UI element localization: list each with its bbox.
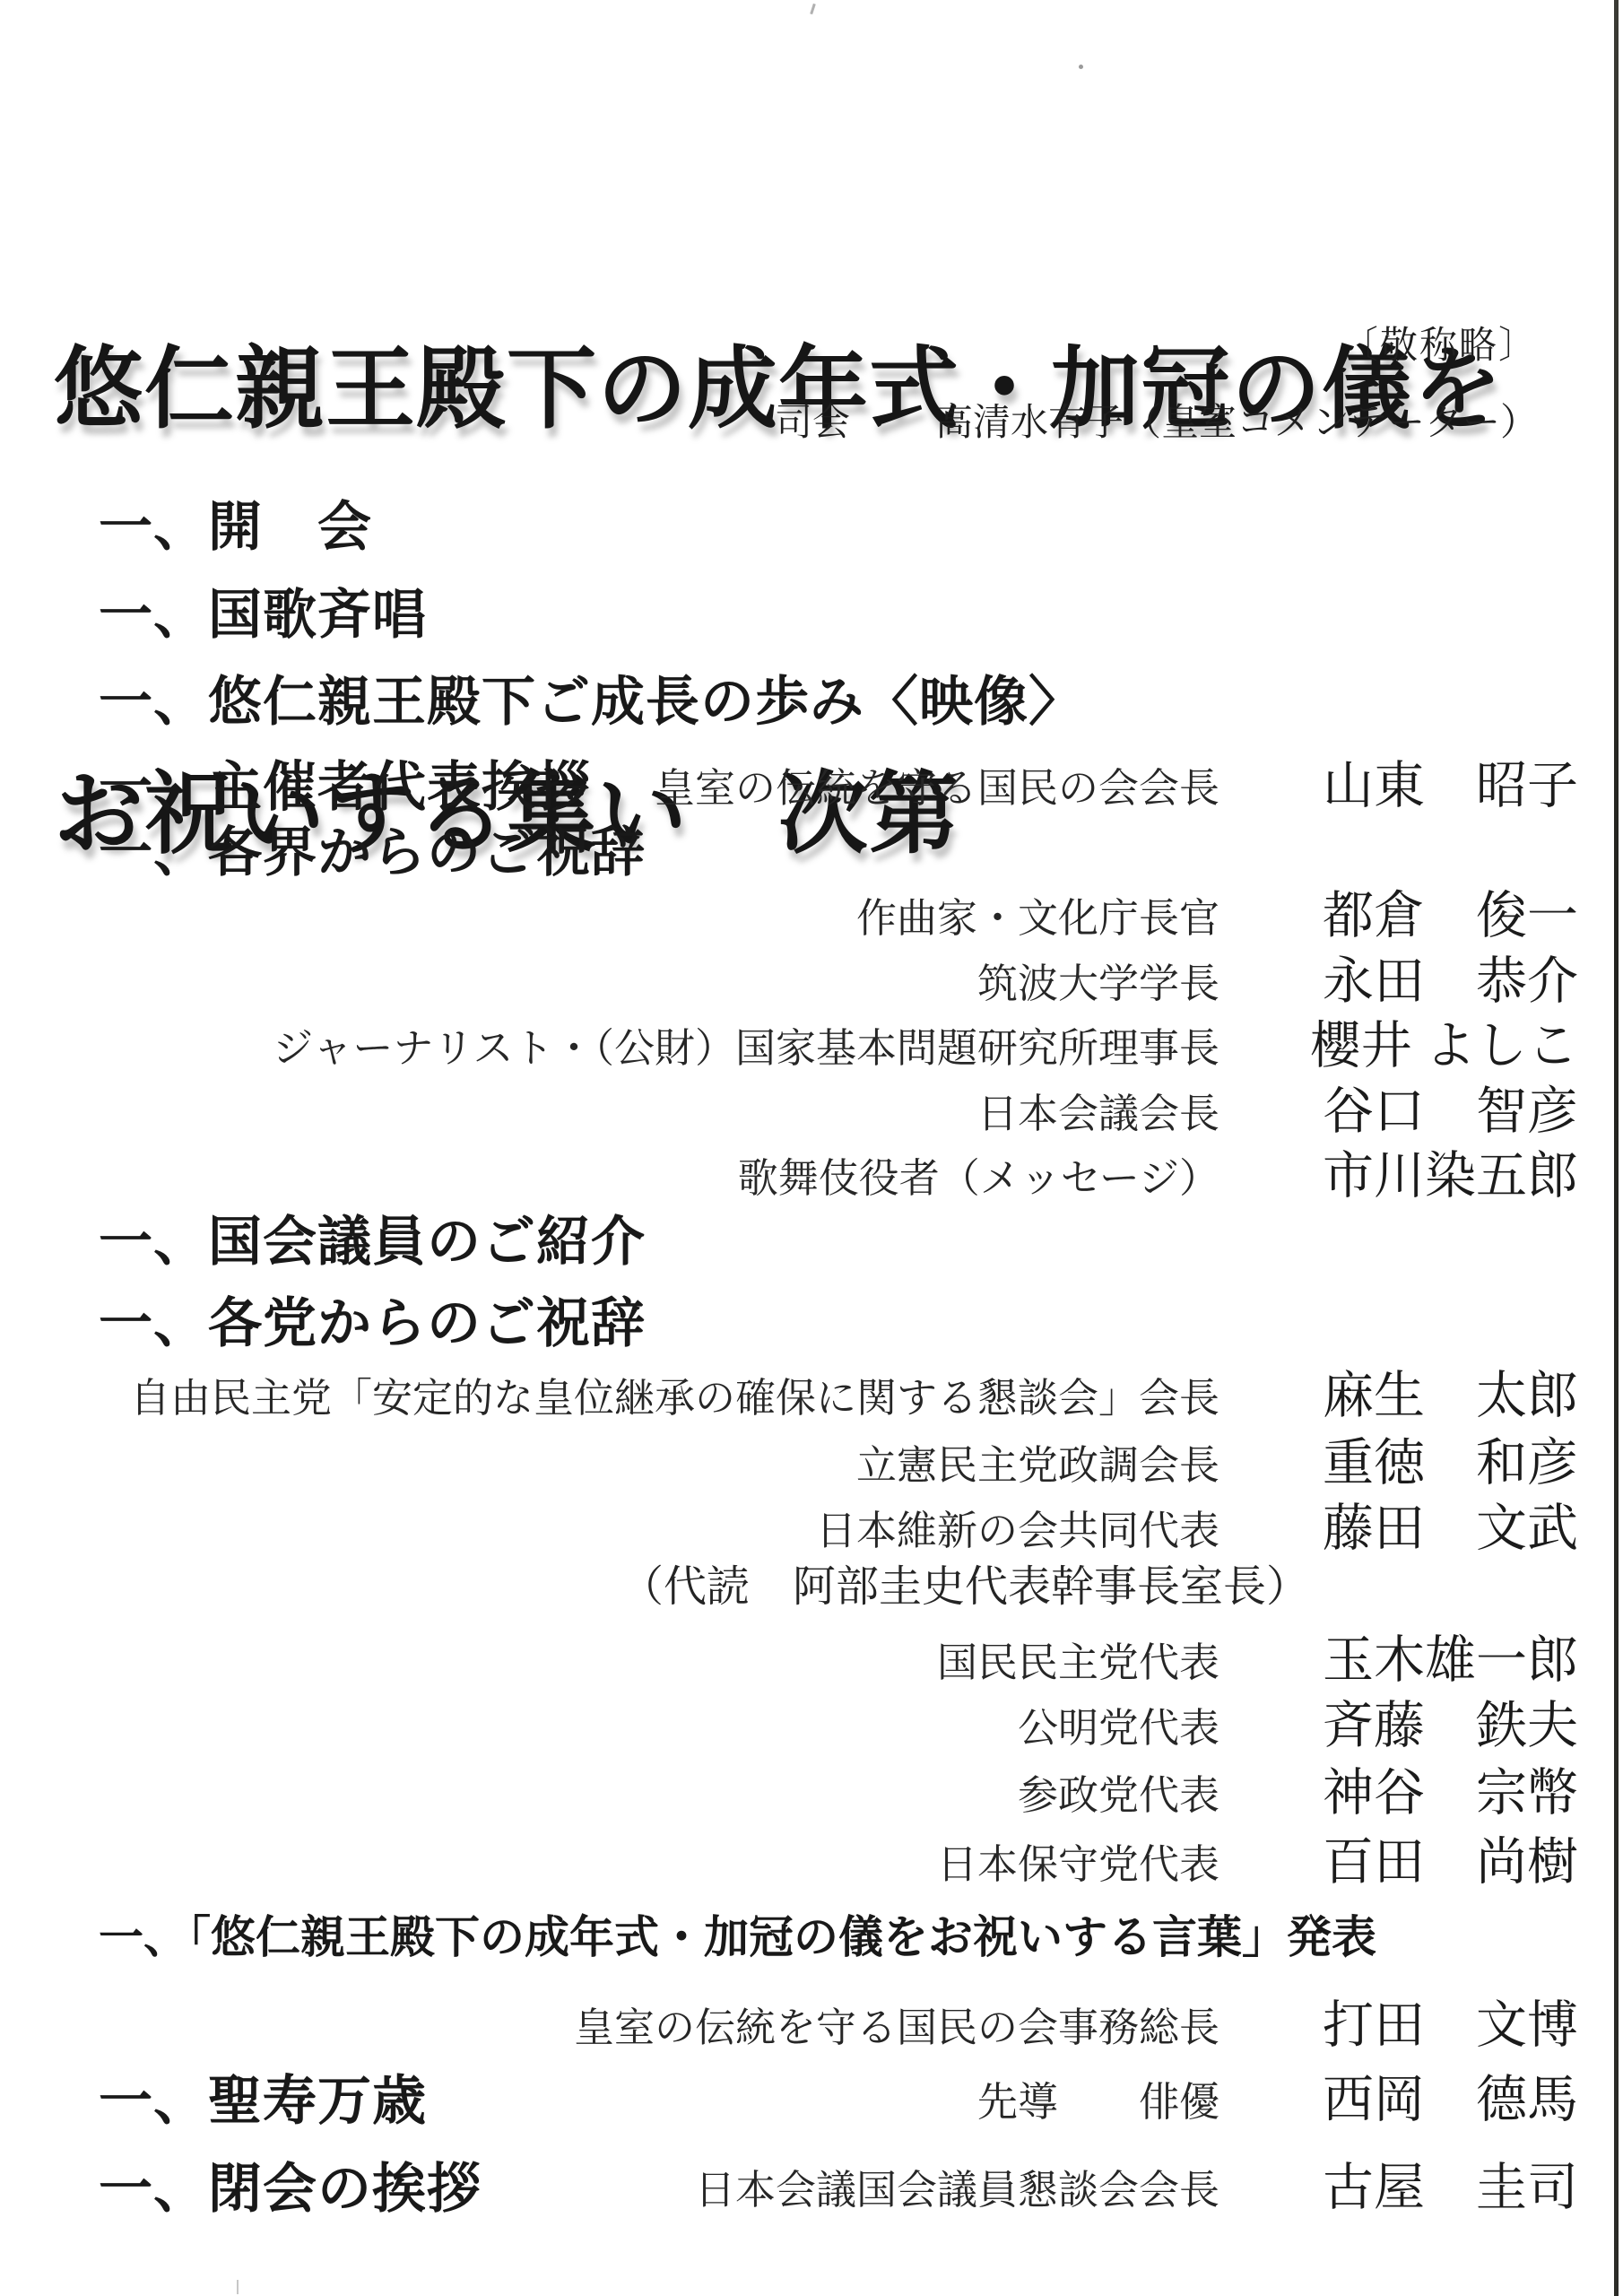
agenda-person-name: 藤田 文武 xyxy=(1193,1487,1578,1561)
agenda-role-label: 筑波大学学長 xyxy=(977,951,1219,1009)
mc-line: 司会 高清水有子（皇室コメンテーター） xyxy=(775,393,1538,447)
agenda-role-label: 立憲民主党政調会長 xyxy=(856,1432,1219,1491)
agenda-row: 国民民主党代表 玉木雄一郎 xyxy=(0,1619,1623,1691)
agenda-row: 日本維新の会共同代表 藤田 文武 xyxy=(0,1487,1623,1559)
agenda-role-label: 自由民主党「安定的な皇位継承の確保に関する懇談会」会長 xyxy=(130,1365,1219,1423)
agenda-row: 一、開 会 xyxy=(0,484,1623,556)
agenda-row: 一、国会議員のご紹介 xyxy=(0,1199,1623,1271)
scan-speck xyxy=(237,2280,239,2294)
agenda-person-name: 神谷 宗幣 xyxy=(1193,1752,1578,1825)
agenda-role-label: 日本会議会長 xyxy=(977,1081,1219,1139)
agenda-row: 一、「悠仁親王殿下の成年式・加冠の儀をお祝いする言葉」発表 xyxy=(0,1901,1623,1973)
agenda-row: 日本会議会長 谷口 智彦 xyxy=(0,1070,1623,1142)
agenda-person-name: 麻生 太郎 xyxy=(1193,1354,1578,1428)
agenda-row: 日本保守党代表 百田 尚樹 xyxy=(0,1821,1623,1892)
agenda-item-label: 一、聖寿万歳 xyxy=(99,2058,427,2135)
agenda-item-label: 一、各党からのご祝辞 xyxy=(99,1281,646,1358)
agenda-person-name: 山東 昭子 xyxy=(1193,744,1578,818)
agenda-row: 立憲民主党政調会長 重徳 和彦 xyxy=(0,1422,1623,1493)
agenda-item-label: 一、閉会の挨拶 xyxy=(99,2146,482,2223)
agenda-role-label: 日本維新の会共同代表 xyxy=(816,1498,1219,1556)
agenda-role-label: 日本会議国会議員懇談会会長 xyxy=(695,2157,1219,2215)
agenda-row: 一、悠仁親王殿下ご成長の歩み〈映像〉 xyxy=(0,659,1623,731)
agenda-person-name: 永田 恭介 xyxy=(1193,940,1578,1013)
agenda-item-label: 一、悠仁親王殿下ご成長の歩み〈映像〉 xyxy=(99,659,1083,736)
agenda-row: 一、聖寿万歳 先導 俳優 西岡 德馬 xyxy=(0,2058,1623,2130)
agenda-person-name: 櫻井 よしこ xyxy=(1193,1004,1578,1078)
agenda-role-label: 国民民主党代表 xyxy=(937,1630,1219,1688)
agenda-row: 皇室の伝統を守る国民の会事務総長 打田 文博 xyxy=(0,1984,1623,2056)
agenda-row: 作曲家・文化庁長官 都倉 俊一 xyxy=(0,874,1623,946)
agenda-row: 参政党代表 神谷 宗幣 xyxy=(0,1752,1623,1823)
agenda-person-name: 都倉 俊一 xyxy=(1193,874,1578,948)
agenda-role-label: ジャーナリスト・（公財）国家基本問題研究所理事長 xyxy=(273,1015,1219,1074)
agenda-role-label: 先導 俳優 xyxy=(977,2069,1219,2127)
scan-edge-line xyxy=(1614,0,1619,2296)
agenda-row: 一、各界からのご祝辞 xyxy=(0,810,1623,882)
agenda-role-label: 皇室の伝統を守る国民の会会長 xyxy=(655,755,1219,813)
agenda-row: 筑波大学学長 永田 恭介 xyxy=(0,940,1623,1012)
agenda-person-name: 谷口 智彦 xyxy=(1193,1070,1578,1144)
agenda-row: ジャーナリスト・（公財）国家基本問題研究所理事長 櫻井 よしこ xyxy=(0,1004,1623,1076)
honorific-note: 〔敬称略〕 xyxy=(1341,316,1538,370)
agenda-row: 歌舞伎役者（メッセージ） 市川染五郎 xyxy=(0,1135,1623,1206)
agenda-row: 自由民主党「安定的な皇位継承の確保に関する懇談会」会長 麻生 太郎 xyxy=(0,1354,1623,1426)
agenda-item-label: 一、開 会 xyxy=(99,484,372,561)
agenda-role-label: 歌舞伎役者（メッセージ） xyxy=(738,1145,1219,1204)
mc-name: 高清水有子（皇室コメンテーター） xyxy=(935,393,1538,447)
scan-speck xyxy=(1079,65,1083,69)
agenda-role-label: 公明党代表 xyxy=(1018,1695,1219,1753)
scanned-program-page: 悠仁親王殿下の成年式・加冠の儀を お祝いする集い 次第 〔敬称略〕 司会 高清水… xyxy=(0,0,1623,2296)
agenda-person-name: 古屋 圭司 xyxy=(1193,2146,1578,2220)
agenda-role-label: 日本保守党代表 xyxy=(937,1831,1219,1890)
agenda-item-label: 一、国歌斉唱 xyxy=(99,572,427,649)
agenda-person-name: 百田 尚樹 xyxy=(1193,1821,1578,1894)
agenda-person-name: 重徳 和彦 xyxy=(1193,1422,1578,1495)
agenda-person-name: 打田 文博 xyxy=(1193,1984,1578,2057)
agenda-row: 公明党代表 斉藤 鉄夫 xyxy=(0,1684,1623,1756)
agenda-row: （代読 阿部圭史代表幹事長室長） xyxy=(0,1552,1623,1623)
agenda-role-label: 参政党代表 xyxy=(1018,1762,1219,1821)
agenda-person-name: 玉木雄一郎 xyxy=(1193,1619,1578,1692)
agenda-role-label: 作曲家・文化庁長官 xyxy=(856,885,1219,944)
mc-label: 司会 xyxy=(775,393,850,447)
scan-speck xyxy=(810,4,816,14)
agenda-person-name: 西岡 德馬 xyxy=(1193,2058,1578,2132)
agenda-item-label: 一、国会議員のご紹介 xyxy=(99,1199,646,1276)
agenda-row: 一、閉会の挨拶 日本会議国会議員懇談会会長 古屋 圭司 xyxy=(0,2146,1623,2218)
agenda-row: 一、主催者代表挨拶 皇室の伝統を守る国民の会会長 山東 昭子 xyxy=(0,744,1623,816)
agenda-row: 一、国歌斉唱 xyxy=(0,572,1623,644)
agenda-proxy-note: （代読 阿部圭史代表幹事長室長） xyxy=(621,1552,1309,1613)
agenda-item-label: 一、「悠仁親王殿下の成年式・加冠の儀をお祝いする言葉」発表 xyxy=(99,1901,1376,1966)
agenda-person-name: 市川染五郎 xyxy=(1193,1135,1578,1208)
agenda-role-label: 皇室の伝統を守る国民の会事務総長 xyxy=(574,1995,1219,2053)
agenda-row: 一、各党からのご祝辞 xyxy=(0,1281,1623,1352)
agenda-person-name: 斉藤 鉄夫 xyxy=(1193,1684,1578,1758)
